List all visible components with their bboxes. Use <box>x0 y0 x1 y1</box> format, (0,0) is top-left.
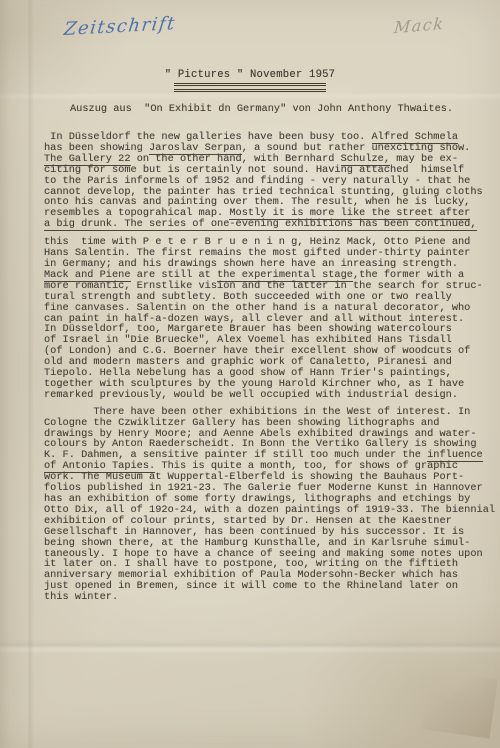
paragraph: There have been other exhibitions in the… <box>44 407 484 603</box>
underlined-text: a big drunk. The series of one-evening e… <box>44 218 477 231</box>
document-title-block: " Pictures " November 1957 <box>0 64 500 92</box>
paragraph: In Düsseldorf the new galleries have bee… <box>44 132 484 401</box>
typed-text: remarked previously, would be well occup… <box>44 389 458 401</box>
document-byline: Auszug aus "On Exhibit dn Germany" von J… <box>70 103 453 115</box>
typed-line: remarked previously, would be well occup… <box>44 390 484 401</box>
title-double-underline <box>174 83 326 92</box>
paper-corner-fold <box>420 669 498 738</box>
typed-line: this winter. <box>44 592 484 603</box>
scanned-document-page: { "colors": { "paper": "#dcd5c2", "ink":… <box>0 0 500 748</box>
typed-text: this winter. <box>44 591 118 603</box>
document-title: " Pictures " November 1957 <box>165 69 336 81</box>
typed-body: In Düsseldorf the new galleries have bee… <box>44 132 484 603</box>
typed-line: a big drunk. The series of one-evening e… <box>44 219 484 230</box>
